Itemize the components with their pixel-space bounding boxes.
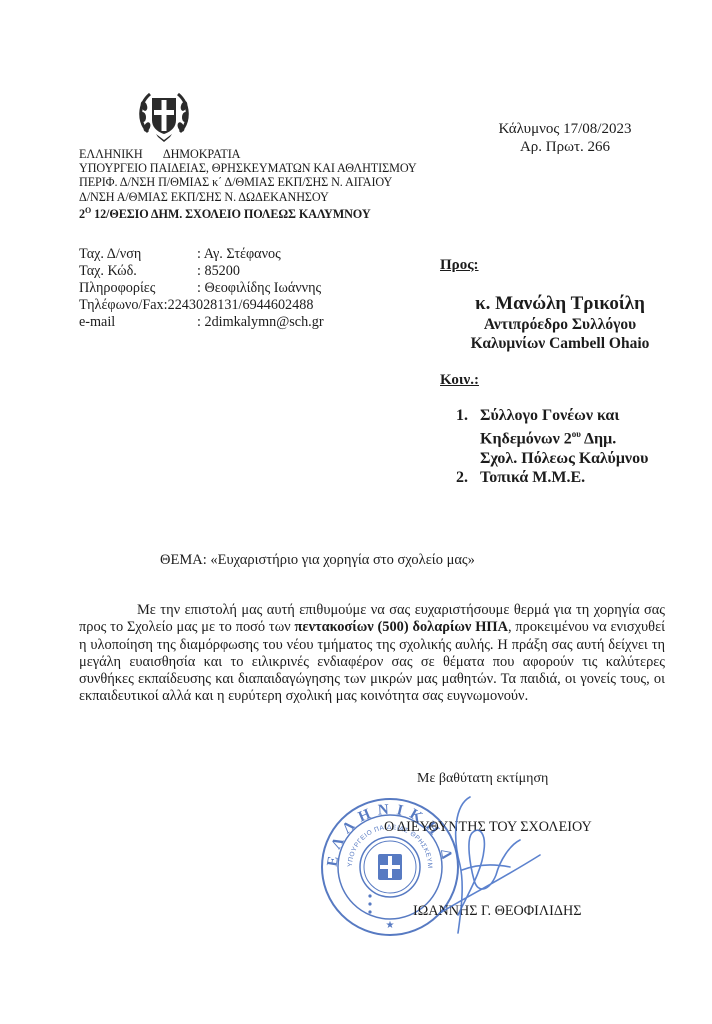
cc-line: Τοπικά Μ.Μ.Ε.: [480, 468, 585, 487]
recipient-label: Προς:: [440, 257, 479, 274]
handwritten-signature-icon: [400, 795, 545, 935]
donation-amount: πεντακοσίων (500) δολαρίων ΗΠΑ: [295, 619, 508, 635]
greek-coat-of-arms-icon: [134, 84, 194, 144]
cc-item: 2. Τοπικά Μ.Μ.Ε.: [456, 468, 648, 487]
recipient-organization: Καλυμνίων Cambell Ohaio: [445, 334, 675, 353]
cc-number: 2.: [456, 468, 480, 487]
letterhead-line: Δ/ΝΣΗ Α/ΘΜΙΑΣ ΕΚΠ/ΣΗΣ Ν. ΔΩΔΕΚΑΝΗΣΟΥ: [79, 190, 417, 204]
contact-value: : Αγ. Στέφανος: [197, 246, 281, 263]
contact-row: e-mail: 2dimkalymn@sch.gr: [79, 314, 324, 331]
recipient-block: κ. Μανώλη Τρικοίλη Αντιπρόεδρο Συλλόγου …: [445, 293, 675, 353]
closing-salutation: Με βαθύτατη εκτίμηση: [417, 771, 548, 787]
contact-value: : 85200: [197, 263, 240, 280]
body-paragraph: Με την επιστολή μας αυτή επιθυμούμε να σ…: [79, 602, 665, 706]
contact-value: : Θεοφιλίδης Ιωάννης: [197, 280, 321, 297]
subject-line: ΘΕΜΑ: «Ευχαριστήριο για χορηγία στο σχολ…: [160, 552, 475, 569]
cc-line: Σύλλογο Γονέων και: [480, 406, 648, 425]
recipient-role: Αντιπρόεδρο Συλλόγου: [445, 315, 675, 334]
letterhead-line: ΕΛΛΗΝΙΚΗ ΔΗΜΟΚΡΑΤΙΑ: [79, 147, 417, 161]
contact-row: Ταχ. Κώδ.: 85200: [79, 263, 324, 280]
contact-label: e-mail: [79, 314, 197, 331]
cc-label: Κοιν.:: [440, 372, 479, 389]
protocol-number: Αρ. Πρωτ. 266: [480, 138, 650, 156]
date-protocol-block: Κάλυμνος 17/08/2023 Αρ. Πρωτ. 266: [480, 120, 650, 156]
contact-label: Ταχ. Κώδ.: [79, 263, 197, 280]
cc-list: 1. Σύλλογο Γονέων και Κηδεμόνων 2ου Δημ.…: [456, 406, 648, 488]
contact-label: Τηλέφωνο/Fax:: [79, 297, 168, 314]
cc-item: 1. Σύλλογο Γονέων και Κηδεμόνων 2ου Δημ.…: [456, 406, 648, 468]
cc-text: Δημ.: [581, 431, 616, 448]
cc-number: 1.: [456, 406, 480, 468]
school-name: 2Ο 12/ΘΕΣΙΟ ΔΗΜ. ΣΧΟΛΕΙΟ ΠΟΛΕΩΣ ΚΑΛΥΜΝΟΥ: [79, 204, 417, 221]
cc-line: Κηδεμόνων 2ου Δημ.: [480, 425, 648, 449]
contact-row: Ταχ. Δ/νση: Αγ. Στέφανος: [79, 246, 324, 263]
cc-sup: ου: [572, 429, 581, 439]
cc-text: Κηδεμόνων 2: [480, 431, 572, 448]
contact-row: Τηλέφωνο/Fax: 2243028131/6944602488: [79, 297, 324, 314]
contact-label: Ταχ. Δ/νση: [79, 246, 197, 263]
school-rest: 12/ΘΕΣΙΟ ΔΗΜ. ΣΧΟΛΕΙΟ ΠΟΛΕΩΣ ΚΑΛΥΜΝΟΥ: [91, 207, 370, 221]
contact-row: Πληροφορίες: Θεοφιλίδης Ιωάννης: [79, 280, 324, 297]
cc-line: Σχολ. Πόλεως Καλύμνου: [480, 449, 648, 468]
contact-value: 2243028131/6944602488: [168, 297, 314, 314]
place-date: Κάλυμνος 17/08/2023: [480, 120, 650, 138]
contact-info: Ταχ. Δ/νση: Αγ. Στέφανος Ταχ. Κώδ.: 8520…: [79, 246, 324, 331]
letter-body: Με την επιστολή μας αυτή επιθυμούμε να σ…: [79, 602, 665, 706]
contact-label: Πληροφορίες: [79, 280, 197, 297]
svg-text:★: ★: [386, 920, 395, 931]
letterhead-line: ΥΠΟΥΡΓΕΙΟ ΠΑΙΔΕΙΑΣ, ΘΡΗΣΚΕΥΜΑΤΩΝ ΚΑΙ ΑΘΛ…: [79, 161, 417, 175]
contact-email[interactable]: : 2dimkalymn@sch.gr: [197, 314, 324, 331]
recipient-name: κ. Μανώλη Τρικοίλη: [445, 293, 675, 315]
letterhead-line: ΠΕΡΙΦ. Δ/ΝΣΗ Π/ΘΜΙΑΣ κ΄ Δ/ΘΜΙΑΣ ΕΚΠ/ΣΗΣ …: [79, 175, 417, 189]
letterhead: ΕΛΛΗΝΙΚΗ ΔΗΜΟΚΡΑΤΙΑ ΥΠΟΥΡΓΕΙΟ ΠΑΙΔΕΙΑΣ, …: [79, 147, 417, 221]
